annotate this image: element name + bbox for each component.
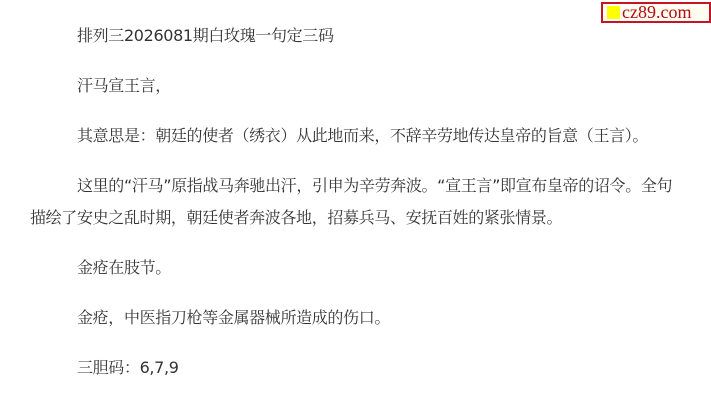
article-body: 排列三2026081期白玫瑰一句定三码 汗马宣王言， 其意思是：朝廷的使者（绣衣… bbox=[30, 20, 711, 398]
paragraph-phrase-2: 金疮在肢节。 bbox=[30, 252, 711, 284]
paragraph-explanation-2: 金疮，中医指刀枪等金属器械所造成的伤口。 bbox=[30, 302, 711, 334]
paragraph-result-codes: 三胆码：6,7,9 bbox=[30, 352, 711, 384]
paragraph-meaning: 其意思是：朝廷的使者（绣衣）从此地而来，不辞辛劳地传达皇帝的旨意（王言）。 bbox=[30, 120, 711, 152]
paragraph-phrase: 汗马宣王言， bbox=[30, 70, 711, 102]
paragraph-explanation: 这里的“汗马”原指战马奔驰出汗，引申为辛劳奔波。“宣王言”即宣布皇帝的诏令。全句… bbox=[30, 170, 711, 234]
yellow-square-icon bbox=[607, 6, 620, 19]
article-title: 排列三2026081期白玫瑰一句定三码 bbox=[30, 20, 711, 52]
site-logo-text: cz89.com bbox=[622, 4, 691, 21]
